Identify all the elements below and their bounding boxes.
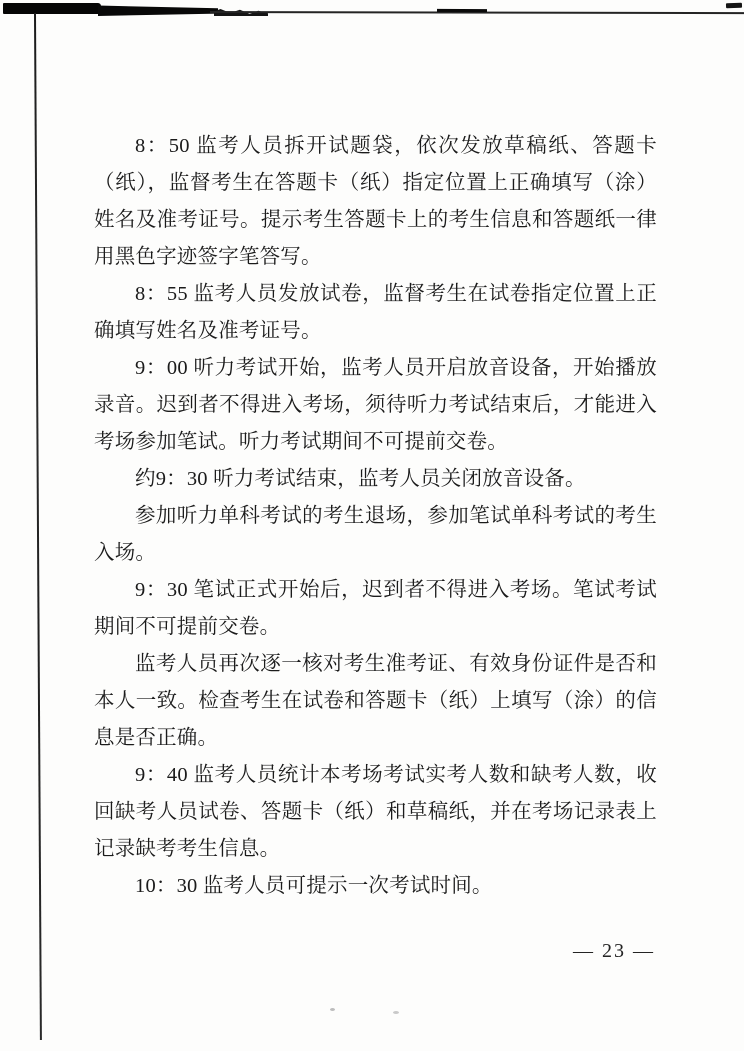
paragraph-10-30: 10：30 监考人员可提示一次考试时间。 (94, 868, 657, 905)
scan-speck (330, 1008, 335, 1011)
paragraph-9-30-listening-end: 约9：30 听力考试结束，监考人员关闭放音设备。 (94, 461, 657, 498)
document-body: 8：50 监考人员拆开试题袋，依次发放草稿纸、答题卡（纸），监督考生在答题卡（纸… (94, 128, 657, 905)
paragraph-8-50: 8：50 监考人员拆开试题袋，依次发放草稿纸、答题卡（纸），监督考生在答题卡（纸… (94, 128, 657, 276)
scanned-document-page: 8：50 监考人员拆开试题袋，依次发放草稿纸、答题卡（纸），监督考生在答题卡（纸… (0, 0, 744, 1051)
paragraph-9-00: 9：00 听力考试开始，监考人员开启放音设备，开始播放录音。迟到者不得进入考场，… (94, 350, 657, 461)
scan-artifact-left-vertical-line (34, 13, 42, 1040)
scan-artifact-top-left-blob (3, 3, 101, 14)
scan-artifact-top-line-dark-segment (437, 9, 487, 12)
paragraph-9-40: 9：40 监考人员统计本考场考试实考人数和缺考人数，收回缺考人员试卷、答题卡（纸… (94, 757, 657, 868)
scan-speck (393, 1011, 399, 1014)
paragraph-id-check: 监考人员再次逐一核对考生准考证、有效身份证件是否和本人一致。检查考生在试卷和答题… (94, 646, 657, 757)
page-number: — 23 — (0, 938, 655, 964)
paragraph-9-30-written-start: 9：30 笔试正式开始后，迟到者不得进入考场。笔试考试期间不可提前交卷。 (94, 572, 657, 646)
paragraph-8-55: 8：55 监考人员发放试卷，监督考生在试卷指定位置上正确填写姓名及准考证号。 (94, 276, 657, 350)
paragraph-exit-entry: 参加听力单科考试的考生退场，参加笔试单科考试的考生入场。 (94, 498, 657, 572)
scan-artifact-top-band (98, 5, 218, 16)
scan-artifact-top-right-blob (726, 3, 742, 9)
